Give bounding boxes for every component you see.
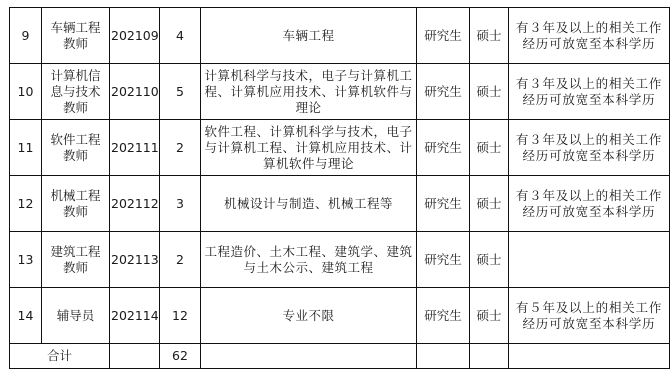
position-cell: 软件工程教师 [42,120,110,176]
major-requirement-cell: 工程造价、土木工程、建筑学、建筑与土木公示、建筑工程 [201,232,417,288]
major-requirement-cell: 软件工程、计算机科学与技术，电子与计算机工程、计算机应用技术、计算机软件与理论 [201,120,417,176]
cell-text-line: 教师 [43,36,108,52]
position-cell: 车辆工程教师 [42,8,110,64]
cell-text-line: 车辆工程 [43,20,108,36]
cell-text-line: 经历可放宽至本科学历 [510,204,668,220]
degree-cell: 硕士 [470,64,509,120]
table-row: 11 软件工程教师 202111 2 软件工程、计算机科学与技术，电子与计算机工… [10,120,670,176]
major-requirement-cell: 车辆工程 [201,8,417,64]
position-cell: 计算机信息与技术教师 [42,64,110,120]
cell-text-line: 专业不限 [202,308,415,324]
cell-text-line: 经历可放宽至本科学历 [510,316,668,332]
cell-text-line: 经历可放宽至本科学历 [510,92,668,108]
remark-cell: 有３年及以上的相关工作经历可放宽至本科学历 [509,176,670,232]
education-cell: 研究生 [417,176,470,232]
row-number-cell: 11 [10,120,42,176]
headcount-cell: 2 [160,232,201,288]
position-code-cell: 202110 [110,64,160,120]
remark-cell [509,232,670,288]
education-cell: 研究生 [417,8,470,64]
cell-text-line: 息与技术 [43,84,108,100]
cell-text-line: 软件工程、计算机科学与技术，电子 [202,124,415,140]
cell-text-line: 有５年及以上的相关工作 [510,300,668,316]
cell-text-line: 计算机信 [43,68,108,84]
remark-cell: 有３年及以上的相关工作经历可放宽至本科学历 [509,120,670,176]
cell-text-line: 经历可放宽至本科学历 [510,36,668,52]
table-row: 10 计算机信息与技术教师 202110 5 计算机科学与技术，电子与计算机工程… [10,64,670,120]
cell-text-line: 教师 [43,260,108,276]
table-row: 9 车辆工程教师 202109 4 车辆工程 研究生 硕士 有３年及以上的相关工… [10,8,670,64]
row-number-cell: 10 [10,64,42,120]
empty-cell [417,344,470,369]
cell-text-line: 教师 [43,100,108,116]
table-row: 13 建筑工程教师 202113 2 工程造价、土木工程、建筑学、建筑与土木公示… [10,232,670,288]
degree-cell: 硕士 [470,176,509,232]
position-code-cell: 202114 [110,288,160,344]
cell-text-line: 理论 [202,100,415,116]
major-requirement-cell: 机械设计与制造、机械工程等 [201,176,417,232]
education-cell: 研究生 [417,232,470,288]
row-number-cell: 9 [10,8,42,64]
table-row: 14 辅导员 202114 12 专业不限 研究生 硕士 有５年及以上的相关工作… [10,288,670,344]
major-requirement-cell: 计算机科学与技术，电子与计算机工程、计算机应用技术、计算机软件与理论 [201,64,417,120]
headcount-cell: 5 [160,64,201,120]
total-count-cell: 62 [160,344,201,369]
cell-text-line: 建筑工程 [43,244,108,260]
degree-cell: 硕士 [470,120,509,176]
position-code-cell: 202113 [110,232,160,288]
major-requirement-cell: 专业不限 [201,288,417,344]
degree-cell: 硕士 [470,232,509,288]
cell-text-line: 有３年及以上的相关工作 [510,188,668,204]
total-label-cell: 合计 [10,344,110,369]
degree-cell: 硕士 [470,8,509,64]
cell-text-line: 软件工程 [43,132,108,148]
row-number-cell: 14 [10,288,42,344]
remark-cell: 有５年及以上的相关工作经历可放宽至本科学历 [509,288,670,344]
row-number-cell: 13 [10,232,42,288]
cell-text-line: 机械设计与制造、机械工程等 [202,196,415,212]
cell-text-line: 有３年及以上的相关工作 [510,132,668,148]
position-cell: 建筑工程教师 [42,232,110,288]
row-number-cell: 12 [10,176,42,232]
cell-text-line: 机械工程 [43,188,108,204]
cell-text-line: 有３年及以上的相关工作 [510,20,668,36]
position-cell: 辅导员 [42,288,110,344]
cell-text-line: 算机软件与理论 [202,156,415,172]
headcount-cell: 2 [160,120,201,176]
degree-cell: 硕士 [470,288,509,344]
cell-text-line: 与计算机工程、计算机应用技术、计 [202,140,415,156]
position-code-cell: 202112 [110,176,160,232]
empty-cell [470,344,509,369]
cell-text-line: 计算机科学与技术，电子与计算机工 [202,68,415,84]
remark-cell: 有３年及以上的相关工作经历可放宽至本科学历 [509,64,670,120]
education-cell: 研究生 [417,120,470,176]
empty-cell [509,344,670,369]
cell-text-line: 与土木公示、建筑工程 [202,260,415,276]
remark-cell: 有３年及以上的相关工作经历可放宽至本科学历 [509,8,670,64]
cell-text-line: 程、计算机应用技术、计算机软件与 [202,84,415,100]
cell-text-line: 辅导员 [43,308,108,324]
position-code-cell: 202109 [110,8,160,64]
cell-text-line: 有３年及以上的相关工作 [510,76,668,92]
empty-cell [110,344,160,369]
position-code-cell: 202111 [110,120,160,176]
cell-text-line: 教师 [43,204,108,220]
headcount-cell: 12 [160,288,201,344]
cell-text-line: 经历可放宽至本科学历 [510,148,668,164]
cell-text-line: 工程造价、土木工程、建筑学、建筑 [202,244,415,260]
cell-text-line: 教师 [43,148,108,164]
recruitment-table: 9 车辆工程教师 202109 4 车辆工程 研究生 硕士 有３年及以上的相关工… [9,7,670,369]
education-cell: 研究生 [417,64,470,120]
total-row: 合计62 [10,344,670,369]
empty-cell [201,344,417,369]
headcount-cell: 4 [160,8,201,64]
table-row: 12 机械工程教师 202112 3 机械设计与制造、机械工程等 研究生 硕士 … [10,176,670,232]
headcount-cell: 3 [160,176,201,232]
education-cell: 研究生 [417,288,470,344]
cell-text-line: 车辆工程 [202,28,415,44]
position-cell: 机械工程教师 [42,176,110,232]
